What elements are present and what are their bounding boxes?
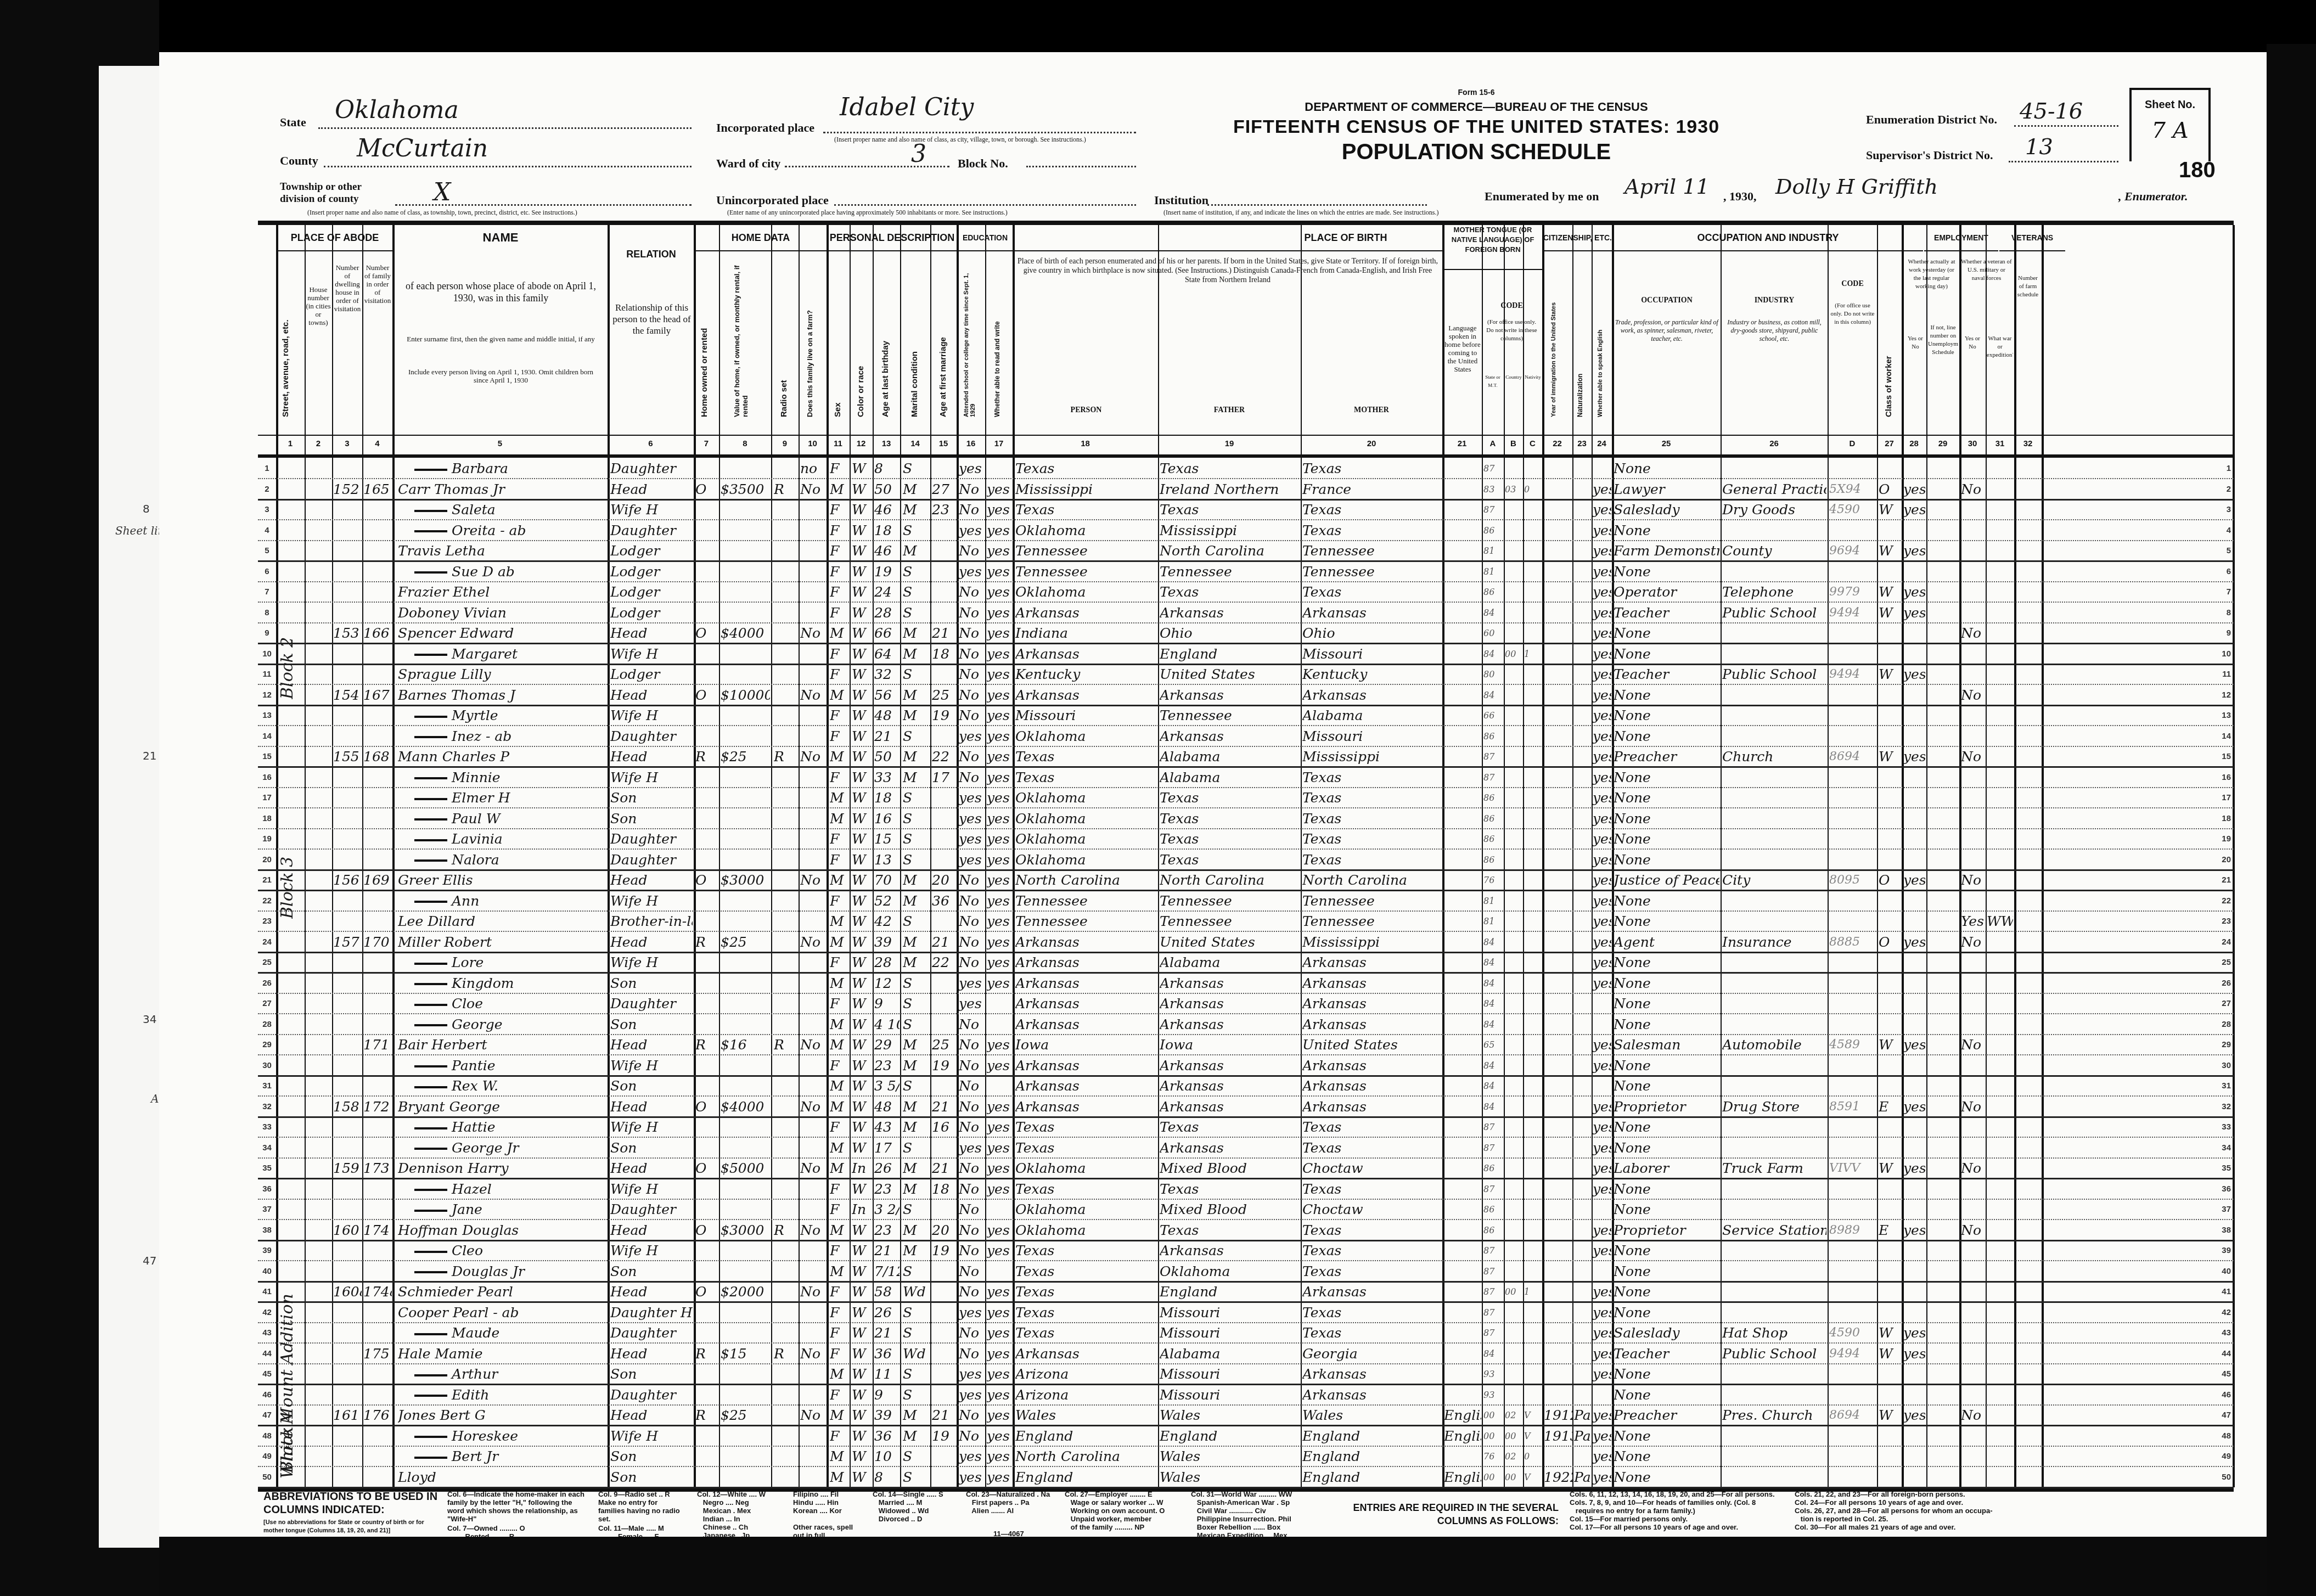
marital-status: S <box>903 561 929 581</box>
attended-school: No <box>959 1281 984 1301</box>
marital-status: S <box>903 1322 929 1342</box>
war <box>1987 1446 2013 1466</box>
dwelling-number <box>333 787 362 807</box>
attended-school: yes <box>959 1446 984 1466</box>
relation: Daughter <box>610 520 693 540</box>
person-name: Barnes Thomas J <box>398 684 606 705</box>
street-annotation: Block 4 <box>278 1286 304 1473</box>
birthplace: Tennessee <box>1015 911 1157 931</box>
mother-birthplace: Arkansas <box>1302 1075 1441 1095</box>
attended-school: No <box>959 1240 984 1260</box>
birthplace: Texas <box>1015 458 1157 478</box>
veteran <box>1961 787 1985 807</box>
code-c: V <box>1524 1425 1542 1446</box>
code-a: 66 <box>1483 705 1503 725</box>
code-c <box>1524 602 1542 622</box>
occupation-code: 9494 <box>1829 602 1876 622</box>
mother-tongue <box>1444 1261 1481 1281</box>
table-row: 22152165Carr Thomas JrHeadO$3500RNoMW50M… <box>258 479 2234 501</box>
group-citizenship: CITIZENSHIP, ETC. <box>1543 225 1612 251</box>
table-row: 4949Bert JrSonMW10SyesyesNorth CarolinaW… <box>258 1446 2234 1467</box>
speaks-english: yes <box>1593 1055 1611 1075</box>
age: 19 <box>874 561 900 581</box>
war <box>1987 602 2013 622</box>
radio-set <box>774 1014 797 1034</box>
unemployment-line <box>1928 1199 1958 1219</box>
code-a: 00 <box>1483 1425 1503 1446</box>
code-c <box>1524 520 1542 540</box>
class-of-worker: E <box>1879 1220 1901 1240</box>
mother-birthplace: Texas <box>1302 520 1441 540</box>
line-number: 40 <box>258 1261 276 1281</box>
at-work: yes <box>1903 1034 1925 1054</box>
race: W <box>852 705 872 725</box>
mother-tongue <box>1444 746 1481 766</box>
sex: F <box>830 643 848 664</box>
father-birthplace: Texas <box>1160 849 1300 869</box>
code-b <box>1505 808 1522 828</box>
war <box>1987 767 2013 787</box>
home-value <box>721 993 770 1013</box>
marital-status: S <box>903 849 929 869</box>
at-work <box>1903 1055 1925 1075</box>
radio-set <box>774 1116 797 1137</box>
mother-birthplace: Arkansas <box>1302 1096 1441 1116</box>
birthplace: Texas <box>1015 767 1157 787</box>
person-name: Dennison Harry <box>398 1157 606 1178</box>
given-name: Nalora <box>452 852 499 868</box>
farm-flag <box>800 1384 825 1404</box>
race: In <box>852 1199 872 1219</box>
home-value: $25 <box>721 1404 770 1425</box>
code-b <box>1505 458 1522 478</box>
marital-status: M <box>903 1034 929 1054</box>
sex: M <box>830 869 848 890</box>
code-a: 83 <box>1483 479 1503 499</box>
attended-school: No <box>959 1157 984 1178</box>
radio-set <box>774 726 797 746</box>
person-name: Nalora <box>398 849 623 869</box>
class-of-worker: W <box>1879 540 1901 560</box>
given-name: Saleta <box>452 502 496 518</box>
birthplace: Arizona <box>1015 1384 1157 1404</box>
veteran: No <box>1961 1034 1985 1054</box>
home-value: $15 <box>721 1343 770 1363</box>
header-home-owned: Home owned or rented <box>700 263 709 417</box>
occupation: None <box>1614 849 1719 869</box>
table-row: 3636HazelWife HFW23M18NoyesTexasTexasTex… <box>258 1178 2234 1200</box>
mother-birthplace: Texas <box>1302 787 1441 807</box>
header-birth-note: Place of birth of each person enumerated… <box>1016 257 1439 323</box>
occupation: None <box>1614 1116 1719 1137</box>
attended-school: yes <box>959 849 984 869</box>
code-c: 1 <box>1524 643 1542 664</box>
family-number <box>363 808 392 828</box>
age: 26 <box>874 1302 900 1322</box>
sex: F <box>830 705 848 725</box>
mother-birthplace: Choctaw <box>1302 1157 1441 1178</box>
age-at-marriage <box>932 561 956 581</box>
form-number: Form 15-6 <box>1202 88 1751 97</box>
read-write: yes <box>987 1404 1012 1425</box>
radio-set <box>774 1240 797 1260</box>
radio-set <box>774 1425 797 1446</box>
speaks-english: yes <box>1593 911 1611 931</box>
farm-flag <box>800 1466 825 1487</box>
industry: Public School <box>1722 664 1826 684</box>
unemployment-line <box>1928 911 1958 931</box>
veteran <box>1961 952 1985 972</box>
at-work: yes <box>1903 581 1925 602</box>
father-birthplace: Arkansas <box>1160 1096 1300 1116</box>
occupation-code <box>1829 1302 1876 1322</box>
speaks-english: yes <box>1593 1446 1611 1466</box>
code-b <box>1505 993 1522 1013</box>
relation: Daughter <box>610 458 693 478</box>
occupation-code <box>1829 767 1876 787</box>
code-b <box>1505 602 1522 622</box>
race: W <box>852 581 872 602</box>
same-surname-dash <box>414 1374 447 1376</box>
father-birthplace: Texas <box>1160 828 1300 848</box>
marital-status: S <box>903 1302 929 1322</box>
class-of-worker <box>1879 911 1901 931</box>
farm-flag: No <box>800 1034 825 1054</box>
birthplace: Oklahoma <box>1015 1199 1157 1219</box>
sheet-label: Sheet No. <box>2132 99 2208 111</box>
immigration-year <box>1544 1220 1572 1240</box>
war <box>1987 1363 2013 1384</box>
dwelling-number <box>333 828 362 848</box>
incorporated-underline <box>823 132 1136 133</box>
header-radio: Radio set <box>779 263 789 417</box>
colnum: 31 <box>1986 439 2014 448</box>
home-value: $25 <box>721 746 770 766</box>
birthplace: Iowa <box>1015 1034 1157 1054</box>
age: 18 <box>874 787 900 807</box>
table-row: 3939CleoWife HFW21M19NoyesTexasArkansasT… <box>258 1240 2234 1261</box>
sex: F <box>830 520 848 540</box>
immigration-year <box>1544 664 1572 684</box>
code-a: 84 <box>1483 1096 1503 1116</box>
table-row: 99153166Spencer EdwardHeadO$4000NoMW66M2… <box>258 622 2234 644</box>
at-work: yes <box>1903 540 1925 560</box>
age-at-marriage: 20 <box>932 1220 956 1240</box>
age-at-marriage: 19 <box>932 1425 956 1446</box>
person-name: George Jr <box>398 1137 623 1157</box>
family-number <box>363 828 392 848</box>
code-a: 81 <box>1483 911 1503 931</box>
line-number: 26 <box>258 973 276 993</box>
relation: Wife H <box>610 1240 693 1260</box>
dwelling-number: 152 <box>333 479 362 499</box>
colnum: 7 <box>694 439 719 448</box>
sex: F <box>830 1425 848 1446</box>
race: W <box>852 1363 872 1384</box>
given-name: Cleo <box>452 1243 483 1258</box>
radio-set <box>774 1055 797 1075</box>
relation: Daughter <box>610 849 693 869</box>
speaks-english: yes <box>1593 1281 1611 1301</box>
line-number: 46 <box>258 1384 276 1404</box>
war <box>1987 643 2013 664</box>
unemployment-line <box>1928 1075 1958 1095</box>
mother-birthplace: Arkansas <box>1302 1384 1441 1404</box>
line-number-right: 27 <box>2042 993 2231 1013</box>
speaks-english: yes <box>1593 1404 1611 1425</box>
line-number: 27 <box>258 993 276 1013</box>
radio-set <box>774 1261 797 1281</box>
occupation-code: 9979 <box>1829 581 1876 602</box>
age-at-marriage: 21 <box>932 622 956 643</box>
speaks-english: yes <box>1593 849 1611 869</box>
sex: F <box>830 1281 848 1301</box>
immigration-year <box>1544 931 1572 952</box>
mother-tongue: English <box>1444 1466 1481 1487</box>
group-home-data: HOME DATA <box>695 225 827 251</box>
same-surname-dash <box>414 1004 447 1006</box>
father-birthplace: Missouri <box>1160 1322 1300 1342</box>
code-b <box>1505 561 1522 581</box>
radio-set <box>774 1075 797 1095</box>
table-row: 2828GeorgeSonMW4 10/12SNoArkansasArkansa… <box>258 1014 2234 1035</box>
naturalization <box>1574 540 1592 560</box>
line-number-right: 32 <box>2042 1096 2231 1116</box>
immigration-year <box>1544 767 1572 787</box>
incorporated-place-label: Incorporated place <box>716 121 814 135</box>
attended-school: No <box>959 869 984 890</box>
birthplace: Oklahoma <box>1015 726 1157 746</box>
unemployment-line <box>1928 973 1958 993</box>
sex: M <box>830 1466 848 1487</box>
birthplace: Arkansas <box>1015 931 1157 952</box>
attended-school: No <box>959 890 984 911</box>
occupation-code <box>1829 1014 1876 1034</box>
speaks-english: yes <box>1593 684 1611 705</box>
father-birthplace: Alabama <box>1160 1343 1300 1363</box>
sex: F <box>830 1178 848 1199</box>
immigration-year <box>1544 952 1572 972</box>
line-number: 43 <box>258 1322 276 1342</box>
immigration-year <box>1544 1199 1572 1219</box>
speaks-english: yes <box>1593 561 1611 581</box>
occupation-code: VIVV <box>1829 1157 1876 1178</box>
home-owned: O <box>695 1157 718 1178</box>
industry: Dry Goods <box>1722 499 1826 519</box>
age-at-marriage: 19 <box>932 1240 956 1260</box>
abbrev-col12-other: Filipino .... Fil Hindu ..... Hin Korean… <box>793 1490 853 1539</box>
mother-birthplace: Texas <box>1302 1240 1441 1260</box>
read-write: yes <box>987 1281 1012 1301</box>
code-c: V <box>1524 1466 1542 1487</box>
sex: F <box>830 767 848 787</box>
radio-set <box>774 1281 797 1301</box>
radio-set <box>774 1363 797 1384</box>
home-owned <box>695 1425 718 1446</box>
table-row: 4646EdithDaughterFW9SyesyesArizonaMissou… <box>258 1384 2234 1406</box>
code-c <box>1524 499 1542 519</box>
age: 21 <box>874 726 900 746</box>
read-write: yes <box>987 1240 1012 1260</box>
speaks-english: yes <box>1593 1425 1611 1446</box>
war <box>1987 1014 2013 1034</box>
race: W <box>852 458 872 478</box>
mother-birthplace: Texas <box>1302 808 1441 828</box>
line-number: 16 <box>258 767 276 787</box>
mother-birthplace: Choctaw <box>1302 1199 1441 1219</box>
line-number-right: 29 <box>2042 1034 2231 1054</box>
father-birthplace: North Carolina <box>1160 540 1300 560</box>
mother-tongue <box>1444 1199 1481 1219</box>
class-of-worker <box>1879 684 1901 705</box>
family-number <box>363 1137 392 1157</box>
radio-set <box>774 952 797 972</box>
occupation: None <box>1614 767 1719 787</box>
mother-tongue <box>1444 499 1481 519</box>
occupation: None <box>1614 705 1719 725</box>
father-birthplace: Arkansas <box>1160 993 1300 1013</box>
home-owned <box>695 911 718 931</box>
farm-flag <box>800 1137 825 1157</box>
code-a: 87 <box>1483 499 1503 519</box>
occupation-code <box>1829 1240 1876 1260</box>
veteran: No <box>1961 1096 1985 1116</box>
abbrev-col6: Col. 6—Indicate the home-maker in each f… <box>447 1490 584 1523</box>
header-naturalization: Naturalization <box>1576 263 1584 417</box>
naturalization <box>1574 726 1592 746</box>
father-birthplace: Texas <box>1160 1178 1300 1199</box>
farm-flag <box>800 1425 825 1446</box>
marital-status: S <box>903 828 929 848</box>
radio-set <box>774 890 797 911</box>
read-write <box>987 1199 1012 1219</box>
line-number: 5 <box>258 540 276 560</box>
colnum: B <box>1504 439 1523 448</box>
table-row: 4848HoreskeeWife HFW36M19NoyesEnglandEng… <box>258 1425 2234 1447</box>
farm-flag: No <box>800 931 825 952</box>
occupation: Teacher <box>1614 1343 1719 1363</box>
mother-birthplace: Tennessee <box>1302 911 1441 931</box>
family-number <box>363 540 392 560</box>
attended-school: No <box>959 1343 984 1363</box>
home-value <box>721 1075 770 1095</box>
mother-tongue <box>1444 622 1481 643</box>
person-name: Lore <box>398 952 623 972</box>
colnum: 3 <box>332 439 362 448</box>
race: W <box>852 520 872 540</box>
mother-birthplace: England <box>1302 1425 1441 1446</box>
line-number-right: 7 <box>2042 581 2231 602</box>
age: 29 <box>874 1034 900 1054</box>
age: 32 <box>874 664 900 684</box>
relation: Head <box>610 1096 693 1116</box>
veteran <box>1961 1384 1985 1404</box>
home-value: $3000 <box>721 1220 770 1240</box>
farm-flag <box>800 1302 825 1322</box>
same-surname-dash <box>414 510 447 512</box>
war <box>1987 1343 2013 1363</box>
unemployment-line <box>1928 993 1958 1013</box>
person-name: Bryant George <box>398 1096 606 1116</box>
table-row: 4444175Hale MamieHeadR$15RNoFW36WdNoyesA… <box>258 1343 2234 1364</box>
unemployment-line <box>1928 1261 1958 1281</box>
attended-school: yes <box>959 1384 984 1404</box>
industry <box>1722 1446 1826 1466</box>
mother-tongue <box>1444 808 1481 828</box>
naturalization <box>1574 1014 1592 1034</box>
table-row: 4747161176Jones Bert GHeadR$25NoMW39M21N… <box>258 1404 2234 1426</box>
line-number-right: 35 <box>2042 1157 2231 1178</box>
home-value <box>721 973 770 993</box>
class-of-worker <box>1879 890 1901 911</box>
line-number-right: 34 <box>2042 1137 2231 1157</box>
code-c <box>1524 581 1542 602</box>
immigration-year <box>1544 1096 1572 1116</box>
industry <box>1722 684 1826 705</box>
family-number: 175 <box>363 1343 392 1363</box>
naturalization <box>1574 993 1592 1013</box>
home-value: $5000 <box>721 1157 770 1178</box>
column-number-row: 1 2 3 4 5 6 7 8 9 10 11 12 13 14 15 16 1… <box>258 435 2234 458</box>
war <box>1987 1240 2013 1260</box>
state-underline <box>318 127 692 129</box>
mother-birthplace: Texas <box>1302 1137 1441 1157</box>
age: 3 5/12 <box>874 1075 900 1095</box>
relation: Son <box>610 1137 693 1157</box>
occupation: None <box>1614 1446 1719 1466</box>
ed-underline <box>2014 125 2118 127</box>
sex: F <box>830 499 848 519</box>
age-at-marriage: 18 <box>932 643 956 664</box>
sex: F <box>830 1055 848 1075</box>
home-value <box>721 1116 770 1137</box>
marital-status: S <box>903 1363 929 1384</box>
naturalization <box>1574 931 1592 952</box>
dwelling-number: 160 <box>333 1220 362 1240</box>
at-work: yes <box>1903 1157 1925 1178</box>
mother-tongue <box>1444 1137 1481 1157</box>
speaks-english: yes <box>1593 520 1611 540</box>
occupation: None <box>1614 1055 1719 1075</box>
class-of-worker <box>1879 993 1901 1013</box>
occupation: Salesman <box>1614 1034 1719 1054</box>
radio-set <box>774 705 797 725</box>
dwelling-number: 157 <box>333 931 362 952</box>
father-birthplace: Mixed Blood <box>1160 1157 1300 1178</box>
sex: M <box>830 746 848 766</box>
race: W <box>852 602 872 622</box>
class-of-worker <box>1879 1261 1901 1281</box>
radio-set: R <box>774 479 797 499</box>
sex: F <box>830 581 848 602</box>
entries-rules-2: Cols. 21, 22, and 23—For all foreign-bor… <box>1795 1490 1992 1531</box>
veteran: No <box>1961 869 1985 890</box>
given-name: Edith <box>452 1387 489 1403</box>
given-name: Horeskee <box>452 1428 518 1444</box>
war <box>1987 520 2013 540</box>
veteran: No <box>1961 1220 1985 1240</box>
veteran <box>1961 1363 1985 1384</box>
attended-school: No <box>959 1425 984 1446</box>
father-birthplace: Ireland Northern <box>1160 479 1300 499</box>
code-a: 84 <box>1483 1075 1503 1095</box>
unemployment-line <box>1928 1096 1958 1116</box>
relation: Daughter <box>610 993 693 1013</box>
farm-flag <box>800 911 825 931</box>
person-name: Elmer H <box>398 787 623 807</box>
person-name: Bair Herbert <box>398 1034 606 1054</box>
scan-right-border <box>2267 44 2316 1596</box>
